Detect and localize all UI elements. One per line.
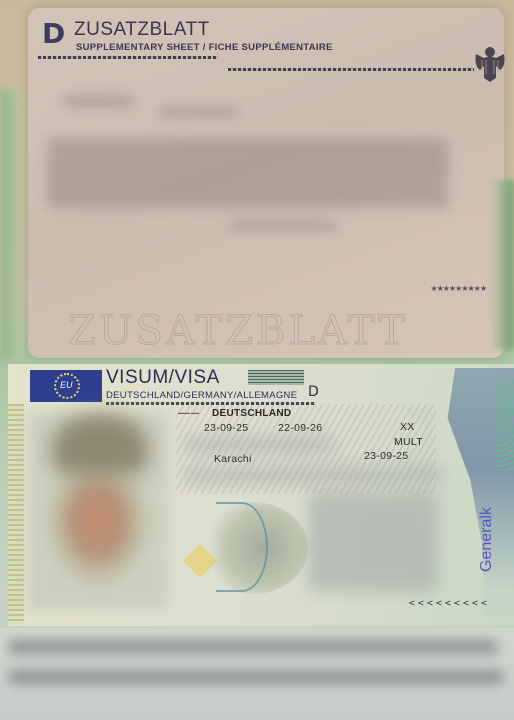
page-edge xyxy=(492,180,514,350)
redacted-mrz-line xyxy=(8,670,504,684)
issued-in-value: Karachi xyxy=(214,453,252,465)
visa-sticker: EU VISUM/VISA DEUTSCHLAND/GERMANY/ALLEMA… xyxy=(8,364,514,626)
security-stars: ★★★★★★★★★ xyxy=(430,284,486,293)
handwritten-mark: D xyxy=(308,384,319,400)
supplementary-sheet: D ZUSATZBLATT SUPPLEMENTARY SHEET / FICH… xyxy=(28,8,504,358)
redacted-field xyxy=(308,492,438,592)
redacted-name xyxy=(184,468,444,482)
valid-for-value: DEUTSCHLAND xyxy=(212,408,291,419)
visa-subtitle: DEUTSCHLAND/GERMANY/ALLEMAGNE xyxy=(106,390,297,401)
consulate-text: Generalk xyxy=(478,507,496,572)
redacted-portrait xyxy=(52,414,148,474)
seal-icon xyxy=(216,502,268,592)
issue-date-value: 23-09-25 xyxy=(364,450,408,462)
security-strip xyxy=(8,404,24,624)
microprint-line xyxy=(228,68,474,71)
eu-label: EU xyxy=(60,380,73,390)
duration-value: XX xyxy=(400,421,415,433)
redacted-mrz-line xyxy=(8,640,498,654)
from-date-value: 23-09-25 xyxy=(204,422,248,434)
redacted-stamp xyxy=(48,138,448,208)
sheet-subtitle: SUPPLEMENTARY SHEET / FICHE SUPPLÉMENTAI… xyxy=(76,42,333,53)
passport-photo: D ZUSATZBLATT SUPPLEMENTARY SHEET / FICH… xyxy=(0,0,514,720)
federal-eagle-icon xyxy=(472,44,508,84)
country-code-mark: D xyxy=(42,20,65,48)
microprint-line xyxy=(38,56,218,59)
eu-flag-icon: EU xyxy=(30,370,102,402)
visa-title: VISUM/VISA xyxy=(106,367,220,389)
until-date-value: 22-09-26 xyxy=(278,422,322,434)
ornament-pattern xyxy=(496,380,514,470)
page-edge xyxy=(0,90,20,360)
embossed-watermark: ZUSATZBLATT xyxy=(68,308,408,354)
redacted-field xyxy=(158,108,238,116)
redacted-field xyxy=(228,222,338,230)
machine-readable-zone xyxy=(0,628,514,720)
field-label: ▬▬▬ ▬▬ xyxy=(178,410,206,415)
redacted-field xyxy=(184,438,334,452)
mrz-chevrons: <<<<<<<<< xyxy=(409,598,490,609)
sheet-title: ZUSATZBLATT xyxy=(74,19,210,41)
redacted-field xyxy=(64,96,134,106)
hologram-icon xyxy=(248,370,304,385)
entries-value: MULT xyxy=(394,436,423,448)
